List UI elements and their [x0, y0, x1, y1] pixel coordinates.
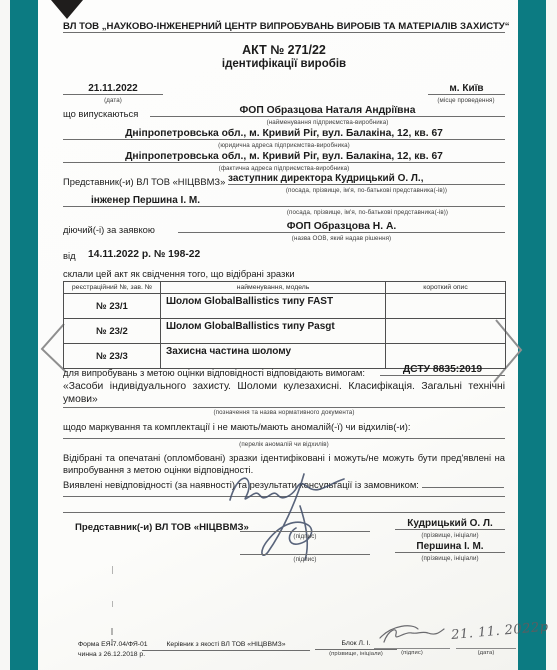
marking-line: щодо маркування та комплектації і не маю…: [63, 421, 410, 432]
scan-mark: [112, 601, 113, 607]
rep1-caption: (посада, прізвище, ім'я, по-батькові пре…: [228, 187, 505, 194]
samples-intro: склали цей акт як свідчення того, що від…: [63, 268, 295, 279]
sample-reg: № 23/3: [64, 344, 161, 369]
sample-reg: № 23/1: [64, 294, 161, 319]
producer-intro-label: що випускаються: [63, 108, 138, 119]
col-header-reg: реєстраційний №, зав. №: [64, 282, 161, 294]
signer2-caption: (прізвище, ініціали): [395, 555, 505, 562]
place-caption: (місце проведення): [420, 97, 512, 104]
actual-address-field: Дніпропетровська обл., м. Кривий Ріг, ву…: [63, 151, 505, 163]
nonconformities-blank: [422, 487, 504, 488]
sample-desc: [386, 294, 506, 319]
date-field: 21.11.2022: [63, 83, 163, 95]
rep2-caption: (посада, прізвище, ім'я, по-батькові пре…: [230, 209, 505, 216]
samples-table: реєстраційний №, зав. № найменування, мо…: [63, 281, 506, 369]
sample-name: Захисна частина шолому: [161, 344, 386, 369]
rep2-field: інженер Першина І. М.: [63, 195, 505, 207]
left-teal-bar: [10, 0, 38, 670]
signer1-caption: (прізвище, ініціали): [395, 532, 505, 539]
samples-table-header-row: реєстраційний №, зав. № найменування, мо…: [64, 282, 506, 294]
table-row: № 23/2 Шолом GlobalBallistics типу Pasgt: [64, 319, 506, 344]
acting-label: діючий(-і) за заявкою: [63, 224, 155, 235]
scan-mark: [111, 628, 113, 635]
standard-field: ДСТУ 8835:2019: [380, 364, 505, 376]
producer-name-caption: (найменування підприємства-виробника): [150, 119, 505, 126]
signer2-name: Першина І. М.: [395, 541, 505, 553]
footer-sign-caption: (підпис): [374, 650, 450, 656]
representatives-label: Представник(-и) ВЛ ТОВ «НІЦВВМЗ»: [63, 176, 225, 187]
org-header: ВЛ ТОВ „НАУКОВО-ІНЖЕНЕРНИЙ ЦЕНТР ВИПРОБУ…: [63, 21, 505, 33]
form-code: Форма ЕЯ-7.04/ФЯ-01: [78, 641, 148, 648]
sample-reg: № 23/2: [64, 319, 161, 344]
applicant-caption: (назва ООВ, який надав рішення): [178, 235, 505, 242]
place-field: м. Київ: [428, 83, 505, 95]
footer-signature-scrawl: [376, 622, 448, 650]
rep1-field: заступник директора Кудрицький О. Л.,: [228, 173, 505, 185]
form-valid-date: чинна з 26.12.2018 р.: [78, 651, 145, 658]
quality-head-label: Керівник з якості ВЛ ТОВ «НІЦВВМЗ»: [142, 641, 310, 651]
corner-triangle-mark: [51, 0, 83, 19]
sample-name: Шолом GlobalBallistics типу Pasgt: [161, 319, 386, 344]
application-ref-value: 14.11.2022 р. № 198-22: [88, 249, 200, 260]
sample-name: Шолом GlobalBallistics типу FAST: [161, 294, 386, 319]
actual-address-caption: (фактична адреса підприємства-виробника): [63, 165, 505, 172]
producer-name-field: ФОП Образцова Наталя Андріївна: [150, 105, 505, 117]
col-header-name: найменування, модель: [161, 282, 386, 294]
anomalies-caption: (перелік аномалій чи відхилів): [63, 441, 505, 448]
scan-mark: [112, 566, 113, 574]
sign1-caption: (підпис): [240, 533, 370, 540]
sign2-caption: (підпис): [240, 556, 370, 563]
doc-subtitle: ідентифікації виробів: [63, 58, 505, 70]
scanned-document: ВЛ ТОВ „НАУКОВО-ІНЖЕНЕРНИЙ ЦЕНТР ВИПРОБУ…: [0, 0, 557, 670]
sample-desc: [386, 319, 506, 344]
application-ref-label: від: [63, 250, 76, 261]
signature-scrawl: [212, 462, 357, 564]
signer1-name: Кудрицький О. Л.: [395, 518, 505, 530]
doc-title: АКТ № 271/22: [63, 43, 505, 57]
legal-address-caption: (юридична адреса підприємства-виробника): [63, 142, 505, 149]
table-row: № 23/1 Шолом GlobalBallistics типу FAST: [64, 294, 506, 319]
col-header-desc: короткий опис: [386, 282, 506, 294]
standard-caption: (позначення та назва нормативного докуме…: [63, 409, 505, 416]
date-caption: (дата): [63, 97, 163, 104]
requirements-label: для випробувань з метою оцінки відповідн…: [63, 367, 365, 378]
signatories-label: Представник(-и) ВЛ ТОВ «НІЦВВМЗ»: [75, 522, 249, 533]
applicant-field: ФОП Образцова Н. А.: [178, 221, 505, 233]
footer-date-caption: (дата): [456, 650, 516, 656]
standard-title: «Засоби індивідуального захисту. Шоломи …: [63, 380, 505, 408]
legal-address-field: Дніпропетровська обл., м. Кривий Ріг, ву…: [63, 128, 505, 140]
